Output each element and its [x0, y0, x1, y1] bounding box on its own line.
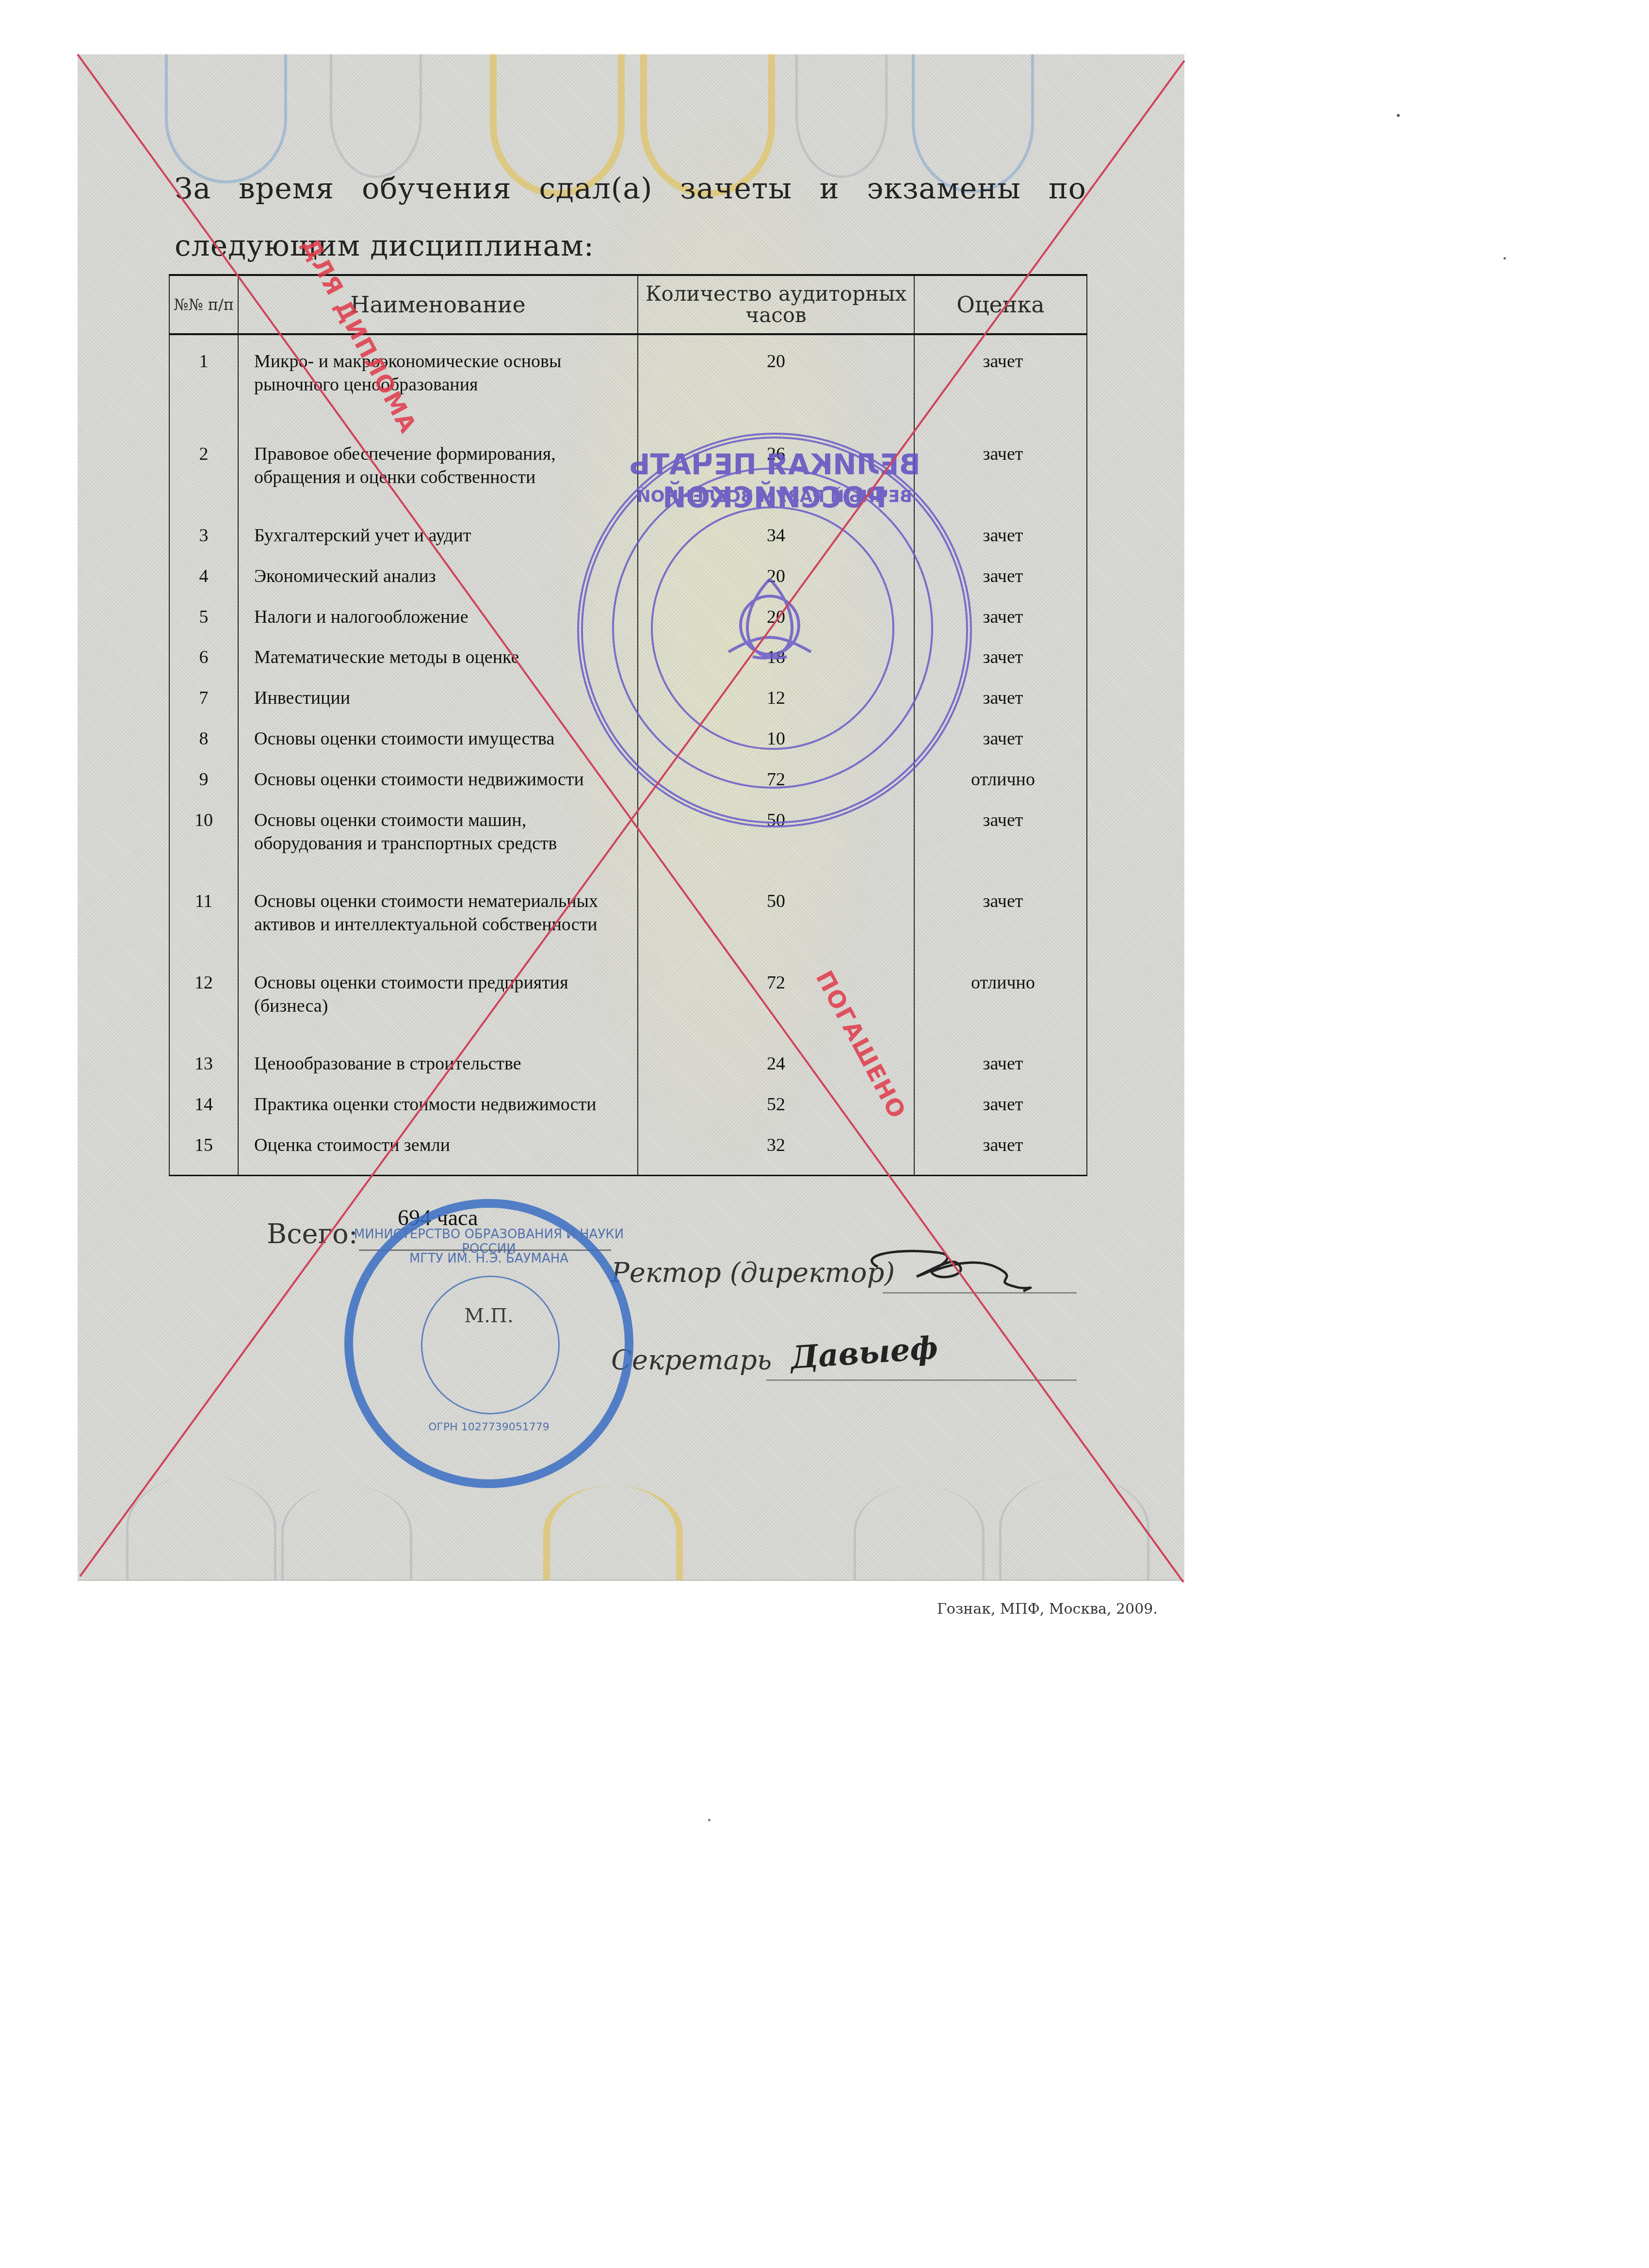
scan-speck — [708, 1819, 711, 1821]
scan-speck — [1503, 257, 1506, 259]
cancellation-cross — [0, 0, 1649, 2268]
scan-speck — [1397, 114, 1400, 117]
